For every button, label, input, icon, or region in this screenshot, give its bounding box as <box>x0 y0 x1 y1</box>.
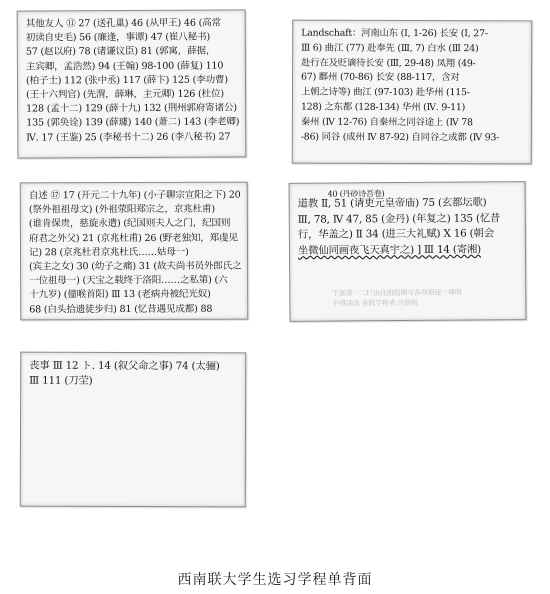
card-line: 道教 Ⅱ, 51 (请吏元皇帝庙) 75 (玄都坛歌) <box>298 195 519 212</box>
note-card-friends: 其他友人 ⑪ 27 (送孔巢) 46 (从甲王) 46 (高常 初读自史毛) 5… <box>17 9 247 158</box>
card-line: 十九岁) (僮喉首阳) Ⅲ 13 (老病舟被纪光奴) <box>29 288 241 303</box>
card-line: 府君之外父) 21 (京兆杜甫) 26 (野老独知，郑虔见 <box>29 231 241 246</box>
card-line: (王十六判官) (先渭，薛琳，主元卿) 126 (杜位) <box>26 87 239 102</box>
card-line: 其他友人 ⑪ 27 (送孔巢) 46 (从甲王) 46 (高常 <box>26 16 239 31</box>
card-line: 坐微仙同画夜飞天真宇之) ] Ⅲ 14 (寄湘) <box>298 242 519 259</box>
note-card-funeral: 丧事 Ⅲ 12 ト. 14 (叙父命之事) 74 (太骊) Ⅲ 111 (刀茔) <box>20 352 247 508</box>
card-line: 128 (孟十二) 129 (薛十九) 132 (荆州郭府寄诸公) <box>26 102 239 117</box>
bleed-through-text: 下面第一二栏由注册组填写各项须逐一填明 <box>332 289 461 299</box>
note-card-landschaft: Landschaft：河南山东 (Ⅰ, 1-26) 长安 (Ⅰ, 27- Ⅲ 6… <box>292 20 533 165</box>
card-line: 秦州 (Ⅳ 12-76) 自秦州之同谷途上 (Ⅳ 78 <box>301 115 525 131</box>
card-line: 一位祖母一) (天宝之载终于洛阳……之私第) (六 <box>29 274 241 289</box>
card-line: Ⅳ. 17 (王鉴) 25 (李秘书十二) 26 (李八秘书) 27 <box>26 130 239 145</box>
card-line: 135 (郭奂诠) 139 (薛璩) 140 (萧二) 143 (李老卿) <box>26 116 239 131</box>
card-line: Landschaft：河南山东 (Ⅰ, 1-26) 长安 (Ⅰ, 27- <box>301 27 525 43</box>
note-card-autobiography: 自述 ⑰ 17 (开元二十九年) (小子聊宗宣阳之下) 20 (祭外祖祖母文) … <box>20 182 248 321</box>
card-line: 记) 28 (京兆杜君京兆杜氏……姑母一) <box>29 245 241 260</box>
card-line: Ⅲ 6) 曲江 (77) 赴奉先 (Ⅲ, 7) 白水 (Ⅲ 24) <box>301 41 525 57</box>
card-line: 68 (白头拾遗徒步归) 81 (忆昔遇见成都) 88 <box>29 302 241 317</box>
card-line: -86) 同谷 (成州 Ⅳ 87-92) 自同谷之成都 (Ⅳ 93- <box>301 130 525 146</box>
bleed-through-text: 不得涂改 各院学程表 注册组 <box>332 299 418 309</box>
note-card-taoism: 40 (丹砂诗吾卷) 道教 Ⅱ, 51 (请吏元皇帝庙) 75 (玄都坛歌) Ⅲ… <box>289 181 527 322</box>
card-line: Ⅲ, 78, Ⅳ 47, 85 (金丹) (年复之) 135 (忆昔 <box>298 211 519 228</box>
figure-caption: 西南联大学生选习学程单背面 <box>0 569 550 589</box>
card-line: 128) 之东都 (128-134) 华州 (Ⅳ. 9-11) <box>301 101 525 117</box>
card-line: 行，华盖之) Ⅱ 34 (进三大礼赋) Ⅹ 16 (朝会 <box>298 226 519 243</box>
card-line: 主宾卿，孟浩然) 94 (王翰) 98-100 (薛复) 110 <box>26 59 239 74</box>
card-line: (祭外祖祖母文) (外祖荥阳郑宗之，京兆杜甫) <box>29 203 241 218</box>
card-line: 丧事 Ⅲ 12 ト. 14 (叙父命之事) 74 (太骊) <box>29 359 239 375</box>
card-line: 57 (赵以府) 78 (诸谦议臣) 81 (郭寓，薛据， <box>26 45 239 60</box>
card-line: (宾主之女) 30 (幼子之痛) 31 (故夫尚书员外郎氏之 <box>29 260 241 275</box>
card-line: 67) 鄜州 (70-86) 长安 (88-117，含对 <box>301 71 525 87</box>
card-line: (柏子士) 112 (张中丞) 117 (薛卞) 125 (李功曹) <box>26 73 239 88</box>
card-line: 上朝之诗等) 曲江 (97-103) 赴华州 (115- <box>301 86 525 102</box>
card-line: 赴行在及贬谪待长安 (Ⅲ, 29-48) 凤翔 (49- <box>301 56 525 72</box>
card-line: 初读自史毛) 56 (廉逢，事谭) 47 (崔八秘书) <box>26 31 239 46</box>
card-line: 自述 ⑰ 17 (开元二十九年) (小子聊宗宣阳之下) 20 <box>29 189 241 204</box>
card-line: (谁肯保贵，慈旋永遣) (纪国则夫人之门，纪国则 <box>29 217 241 232</box>
card-line: Ⅲ 111 (刀茔) <box>29 374 239 390</box>
